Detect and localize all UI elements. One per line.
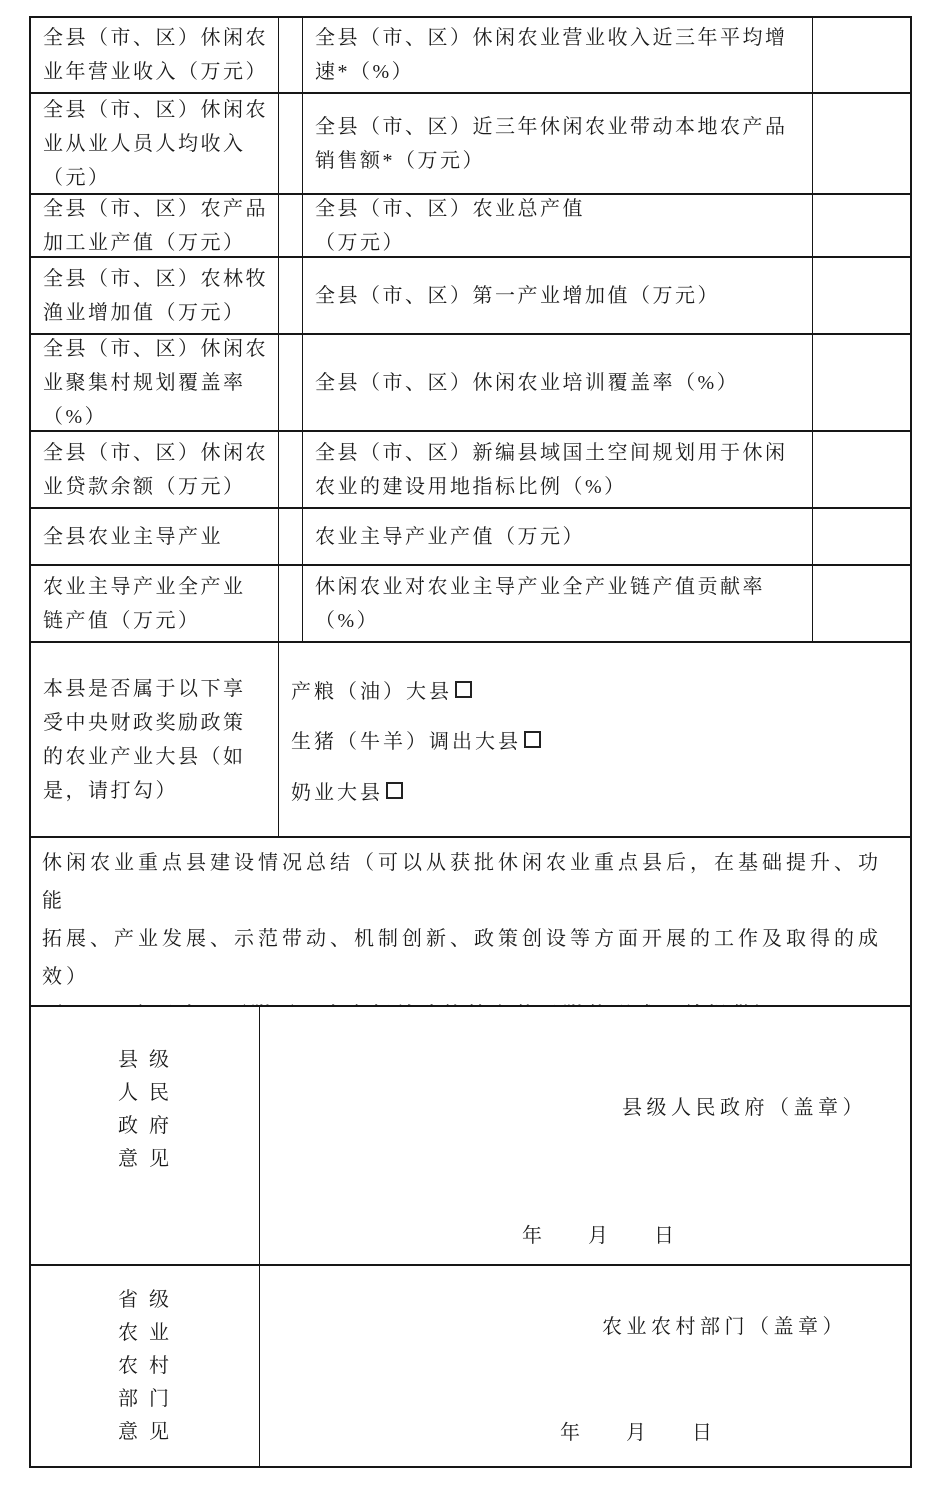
form-table: 全县（市、区）休闲农 业年营业收入（万元） 全县（市、区）休闲农业营业收入近三年… xyxy=(29,16,912,1468)
subsidy-question-label: 本县是否属于以下享 受中央财政奖励政策 的农业产业大县（如 是，请打勾） xyxy=(31,643,279,836)
subsidy-row: 本县是否属于以下享 受中央财政奖励政策 的农业产业大县（如 是，请打勾） 产粮（… xyxy=(31,643,910,838)
table-row: 全县（市、区）休闲农 业从业人员人均收入 （元） 全县（市、区）近三年休闲农业带… xyxy=(31,94,910,195)
metric-label-left-text: 全县（市、区）休闲农 业贷款余额（万元） xyxy=(43,436,268,504)
metric-label-left-text: 全县农业主导产业 xyxy=(43,520,223,554)
summary-cell[interactable]: 休闲农业重点县建设情况总结（可以从获批休闲农业重点县后，在基础提升、功能 拓展、… xyxy=(31,838,910,1005)
metric-label-right-text: 全县（市、区）新编县域国土空间规划用于休闲 农业的建设用地指标比例（%） xyxy=(315,436,788,504)
metric-label-left: 全县（市、区）休闲农 业从业人员人均收入 （元） xyxy=(31,94,279,193)
metric-value-right-cell[interactable] xyxy=(813,509,910,564)
county-opinion-row: 县 级 人 民 政 府 意 见 县级人民政府（盖章） 年 月 日 xyxy=(31,1007,910,1266)
metric-label-right: 全县（市、区）新编县域国土空间规划用于休闲 农业的建设用地指标比例（%） xyxy=(303,432,813,507)
metric-label-right: 休闲农业对农业主导产业全产业链产值贡献率 （%） xyxy=(303,566,813,641)
metric-label-left: 全县（市、区）农产品 加工业产值（万元） xyxy=(31,195,279,256)
metric-label-right-text: 休闲农业对农业主导产业全产业链产值贡献率 （%） xyxy=(315,570,765,638)
table-row: 全县（市、区）农林牧 渔业增加值（万元） 全县（市、区）第一产业增加值（万元） xyxy=(31,258,910,335)
subsidy-option-label: 奶业大县 xyxy=(291,776,383,805)
metric-label-right: 全县（市、区）休闲农业营业收入近三年平均增 速*（%） xyxy=(303,18,813,92)
province-stamp-label: 农业农村部门（盖章） xyxy=(602,1310,847,1339)
metric-label-right: 农业主导产业产值（万元） xyxy=(303,509,813,564)
subsidy-option-pig[interactable]: 生猪（牛羊）调出大县 xyxy=(291,725,910,754)
checkbox-icon[interactable] xyxy=(455,681,472,698)
metric-label-left: 全县（市、区）休闲农 业贷款余额（万元） xyxy=(31,432,279,507)
metric-label-left-text: 全县（市、区）农产品 加工业产值（万元） xyxy=(43,195,268,256)
metric-value-right-cell[interactable] xyxy=(813,18,910,92)
subsidy-option-label: 生猪（牛羊）调出大县 xyxy=(291,725,521,754)
province-date-label: 年 月 日 xyxy=(560,1416,714,1445)
metric-value-left-cell[interactable] xyxy=(279,258,303,333)
subsidy-options: 产粮（油）大县 生猪（牛羊）调出大县 奶业大县 xyxy=(279,643,910,836)
metric-value-right-cell[interactable] xyxy=(813,258,910,333)
county-date-label: 年 月 日 xyxy=(522,1219,676,1248)
metric-value-left-cell[interactable] xyxy=(279,335,303,430)
table-row: 全县农业主导产业 农业主导产业产值（万元） xyxy=(31,509,910,566)
county-stamp-label: 县级人民政府（盖章） xyxy=(622,1091,867,1120)
metric-label-left: 全县（市、区）休闲农 业聚集村规划覆盖率 （%） xyxy=(31,335,279,430)
table-row: 农业主导产业全产业 链产值（万元） 休闲农业对农业主导产业全产业链产值贡献率 （… xyxy=(31,566,910,643)
metric-label-right: 全县（市、区）第一产业增加值（万元） xyxy=(303,258,813,333)
metric-value-left-cell[interactable] xyxy=(279,566,303,641)
province-opinion-side-label: 省 级 农 业 农 村 部 门 意 见 xyxy=(31,1266,260,1466)
province-opinion-row: 省 级 农 业 农 村 部 门 意 见 农业农村部门（盖章） 年 月 日 xyxy=(31,1266,910,1466)
metric-value-right-cell[interactable] xyxy=(813,335,910,430)
summary-row: 休闲农业重点县建设情况总结（可以从获批休闲农业重点县后，在基础提升、功能 拓展、… xyxy=(31,838,910,1007)
table-row: 全县（市、区）休闲农 业贷款余额（万元） 全县（市、区）新编县域国土空间规划用于… xyxy=(31,432,910,509)
metric-label-right-text: 全县（市、区）第一产业增加值（万元） xyxy=(315,279,720,313)
table-row: 全县（市、区）休闲农 业年营业收入（万元） 全县（市、区）休闲农业营业收入近三年… xyxy=(31,18,910,94)
metric-label-left-text: 全县（市、区）休闲农 业年营业收入（万元） xyxy=(43,21,268,89)
metric-label-right-text: 全县（市、区）休闲农业培训覆盖率（%） xyxy=(315,366,739,400)
county-opinion-cell[interactable]: 县级人民政府（盖章） 年 月 日 xyxy=(260,1007,910,1264)
county-opinion-side-label: 县 级 人 民 政 府 意 见 xyxy=(31,1007,260,1264)
metric-label-left-text: 全县（市、区）农林牧 渔业增加值（万元） xyxy=(43,262,268,330)
metric-label-left-text: 全县（市、区）休闲农 业从业人员人均收入 （元） xyxy=(43,94,268,193)
metric-label-left: 全县农业主导产业 xyxy=(31,509,279,564)
province-opinion-cell[interactable]: 农业农村部门（盖章） 年 月 日 xyxy=(260,1266,910,1466)
metric-value-left-cell[interactable] xyxy=(279,509,303,564)
metric-label-left: 全县（市、区）休闲农 业年营业收入（万元） xyxy=(31,18,279,92)
metric-label-left: 农业主导产业全产业 链产值（万元） xyxy=(31,566,279,641)
metric-value-right-cell[interactable] xyxy=(813,94,910,193)
metric-label-right: 全县（市、区）农业总产值 （万元） xyxy=(303,195,813,256)
metric-label-right-text: 全县（市、区）近三年休闲农业带动本地农产品 销售额*（万元） xyxy=(315,110,788,178)
county-opinion-side-text: 县 级 人 民 政 府 意 见 xyxy=(118,1044,172,1176)
subsidy-option-dairy[interactable]: 奶业大县 xyxy=(291,776,910,805)
checkbox-icon[interactable] xyxy=(386,782,403,799)
metric-label-left-text: 农业主导产业全产业 链产值（万元） xyxy=(43,570,246,638)
metric-value-left-cell[interactable] xyxy=(279,94,303,193)
metric-label-right-text: 全县（市、区）休闲农业营业收入近三年平均增 速*（%） xyxy=(315,21,788,89)
metric-label-left-text: 全县（市、区）休闲农 业聚集村规划覆盖率 （%） xyxy=(43,335,268,430)
summary-text: 休闲农业重点县建设情况总结（可以从获批休闲农业重点县后，在基础提升、功能 拓展、… xyxy=(42,844,902,1005)
metric-value-left-cell[interactable] xyxy=(279,195,303,256)
province-opinion-side-text: 省 级 农 业 农 村 部 门 意 见 xyxy=(118,1284,172,1449)
table-row: 全县（市、区）农产品 加工业产值（万元） 全县（市、区）农业总产值 （万元） xyxy=(31,195,910,258)
checkbox-icon[interactable] xyxy=(524,731,541,748)
metric-value-left-cell[interactable] xyxy=(279,18,303,92)
metric-value-left-cell[interactable] xyxy=(279,432,303,507)
subsidy-option-label: 产粮（油）大县 xyxy=(291,675,452,704)
metric-value-right-cell[interactable] xyxy=(813,195,910,256)
metric-label-right-text: 全县（市、区）农业总产值 （万元） xyxy=(315,195,585,256)
table-row: 全县（市、区）休闲农 业聚集村规划覆盖率 （%） 全县（市、区）休闲农业培训覆盖… xyxy=(31,335,910,432)
metric-label-left: 全县（市、区）农林牧 渔业增加值（万元） xyxy=(31,258,279,333)
subsidy-option-grain[interactable]: 产粮（油）大县 xyxy=(291,675,910,704)
metric-value-right-cell[interactable] xyxy=(813,432,910,507)
metric-label-right: 全县（市、区）休闲农业培训覆盖率（%） xyxy=(303,335,813,430)
metric-label-right: 全县（市、区）近三年休闲农业带动本地农产品 销售额*（万元） xyxy=(303,94,813,193)
metric-value-right-cell[interactable] xyxy=(813,566,910,641)
subsidy-question-text: 本县是否属于以下享 受中央财政奖励政策 的农业产业大县（如 是，请打勾） xyxy=(43,672,246,808)
metric-label-right-text: 农业主导产业产值（万元） xyxy=(315,520,585,554)
